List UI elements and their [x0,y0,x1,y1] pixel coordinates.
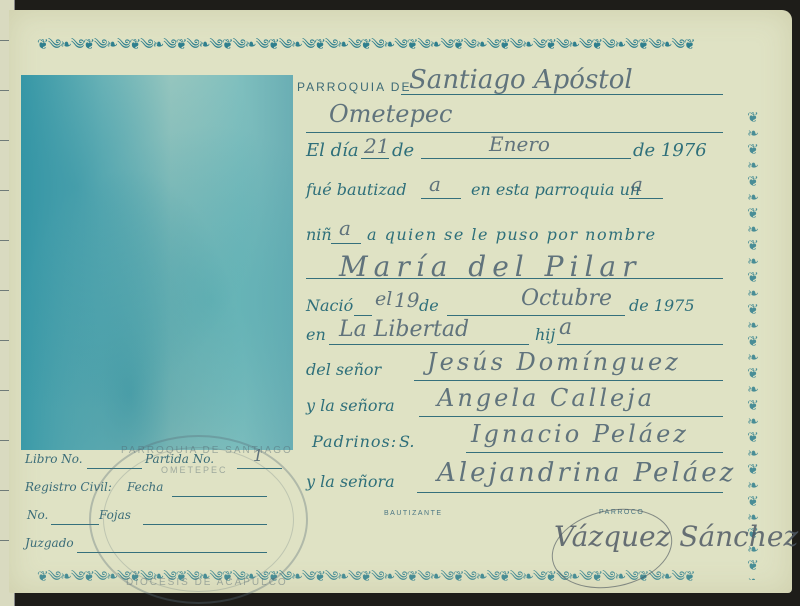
baptized-suffix: a [429,172,441,196]
photo-placeholder [21,75,293,450]
child-of-label: hij [535,325,555,344]
father-label: del señor [306,360,381,379]
godparents-label: Padrinos: [312,432,397,451]
baptized-label: fué bautizad [306,180,407,199]
seal-middle-text: OMETEPEC [161,465,228,475]
parish-name: Santiago Apóstol [409,65,633,95]
birth-year: de 1975 [629,296,695,315]
baptism-month: Enero [489,132,550,156]
name-prompt: a quien se le puso por nombre [367,225,657,244]
parish-seal-stamp: PARROQUIA DE SANTIAGO OMETEPEC DIOCESIS … [89,435,308,604]
de-label: de [392,140,414,161]
baptism-year: de 1976 [633,140,707,161]
seal-bottom-text: DIOCESIS DE ACAPULCO [126,577,288,588]
baptism-certificate-card: ❦༄❧༄❦༄❧༄❦༄❧༄❦༄❧༄❦༄❧༄❦༄❧༄❦༄❧༄❦༄❧༄❦༄❧༄❦༄❧༄… [9,10,792,593]
seal-top-text: PARROQUIA DE SANTIAGO [121,445,293,456]
godfather-prefix: S. [399,432,414,451]
un-suffix: a [631,172,643,196]
godfather-name: Ignacio Peláez [471,420,689,448]
day-label: El día [306,140,359,161]
baptizer-label: BAUTIZANTE [384,510,443,517]
mother-label: y la señora [306,396,395,415]
parish-location: Ometepec [329,100,453,128]
child-suffix: a [339,216,351,240]
child-label: niñ [306,225,332,244]
birth-place: La Libertad [339,317,469,342]
parish-label: PARROQUIA DE [297,80,411,94]
birth-day-prefix: el [375,288,392,310]
godmother-name: Alejandrina Peláez [437,458,736,488]
ornamental-border-right: ❦❧❦❧❦❧❦❧❦❧❦❧❦❧❦❧❦❧❦❧❦❧❦❧❦❧❦❧❦❧❦❧❦❧ [744,110,762,580]
birth-month: Octubre [521,286,612,311]
child-of-suffix: a [559,315,572,340]
no-label: No. [27,508,48,522]
birth-de-label: de [419,296,439,315]
ornamental-border-top: ❦༄❧༄❦༄❧༄❦༄❧༄❦༄❧༄❦༄❧༄❦༄❧༄❦༄❧༄❦༄❧༄❦༄❧༄❦༄❧༄… [37,38,742,52]
place-label: en [306,325,326,344]
court-label: Juzgado [25,536,74,550]
birth-day: 19 [394,288,419,312]
mother-name: Angela Calleja [437,384,655,412]
father-name: Jesús Domínguez [427,348,681,376]
priest-signature: Vázquez Sánchez [554,520,798,553]
born-label: Nació [306,296,353,315]
book-label: Libro No. [25,452,83,466]
baptism-day: 21 [364,134,389,158]
godmother-label: y la señora [306,472,395,491]
in-parish-label: en esta parroquia un [471,180,640,199]
